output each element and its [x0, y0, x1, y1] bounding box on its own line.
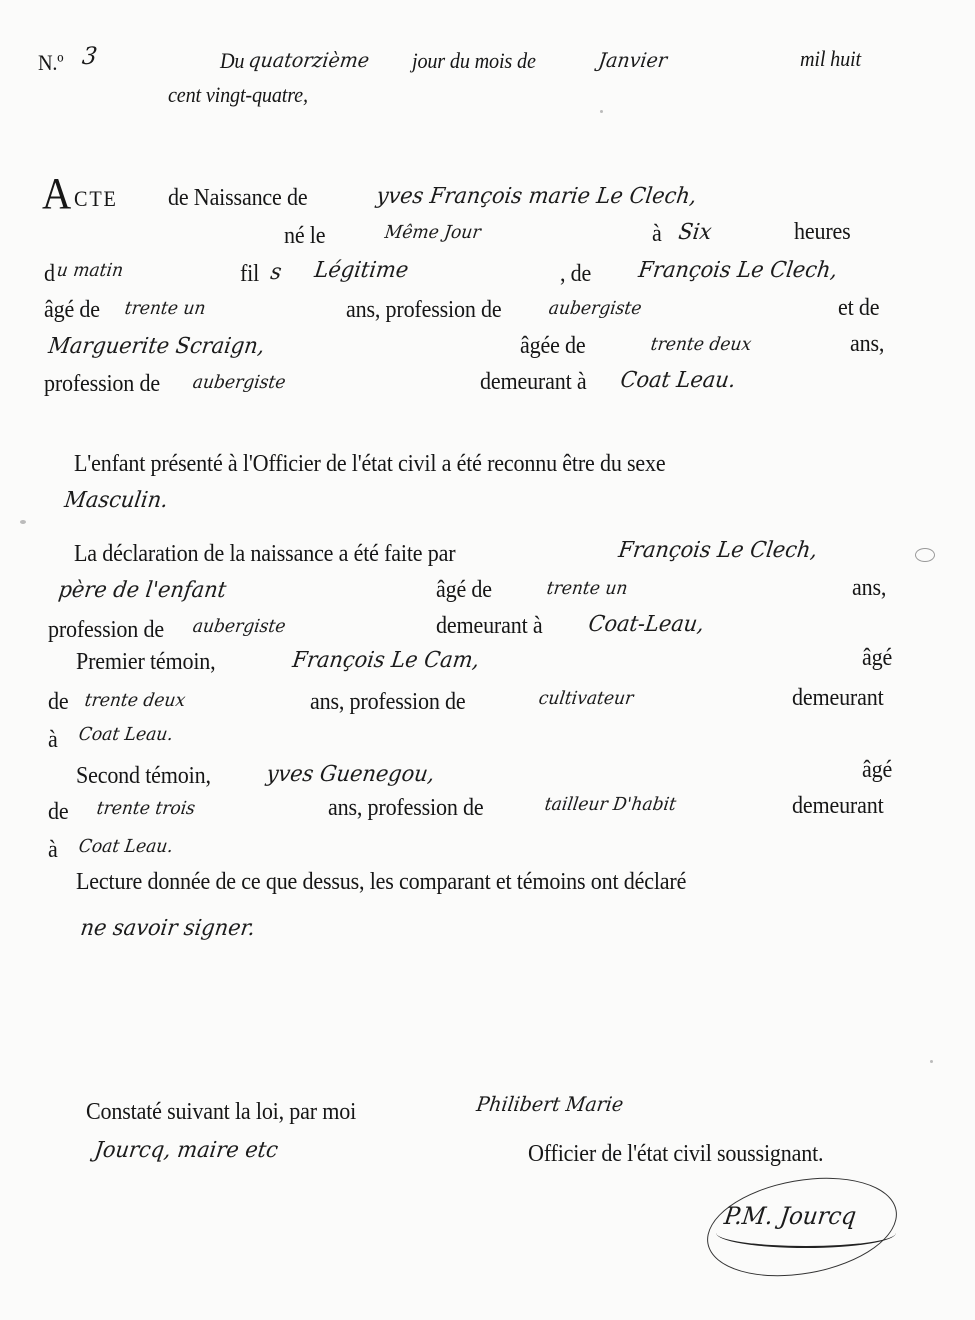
birth-hour: Six: [677, 222, 713, 244]
second-witness-of-label: de: [48, 800, 68, 824]
declarant-profession-label: profession de: [48, 618, 164, 642]
declarant-years-label: ans,: [852, 576, 886, 600]
paper-speck: [915, 548, 935, 562]
second-witness-age: trente trois: [96, 800, 197, 818]
first-witness-at-label: à: [48, 728, 58, 752]
second-witness-residence: Coat Leau.: [78, 838, 174, 856]
date-of-birth: Même Jour: [384, 224, 482, 242]
declarant-residence-label: demeurant à: [436, 614, 542, 638]
first-witness-age: trente deux: [84, 692, 187, 710]
date-prefix: Du: [220, 50, 244, 72]
second-witness-profession-label: ans, profession de: [328, 796, 484, 820]
child-name: yves François marie Le Clech,: [375, 186, 698, 208]
mother-name: Marguerite Scraign,: [47, 336, 266, 358]
birth-day: quatorzième: [247, 50, 370, 70]
first-witness-profession-label: ans, profession de: [310, 690, 466, 714]
record-number-value: 3: [81, 44, 99, 68]
second-witness-label: Second témoin,: [76, 764, 211, 788]
paper-speck: [930, 1060, 933, 1063]
son-label: fil: [240, 262, 259, 286]
declarant-age: trente un: [546, 580, 629, 598]
date-mid-text: jour du mois de: [412, 50, 536, 72]
mother-age-label: âgée de: [520, 334, 586, 358]
time-of-day: u matin: [56, 262, 125, 280]
son-suffix: s: [269, 262, 283, 284]
first-witness-name: François Le Cam,: [291, 650, 481, 672]
of-label: , de: [560, 262, 591, 286]
child-sex: Masculin.: [63, 490, 169, 512]
father-age-label: âgé de: [44, 298, 100, 322]
father-profession: aubergiste: [548, 300, 643, 318]
declarant-profession: aubergiste: [192, 618, 287, 636]
year-printed-line1: mil huit: [800, 48, 861, 70]
sex-statement: L'enfant présenté à l'Officier de l'état…: [74, 452, 666, 476]
time-prefix: d: [44, 262, 55, 286]
declaration-statement: La déclaration de la naissance a été fai…: [74, 542, 455, 566]
paper-speck: [600, 110, 603, 113]
officer-signature: P.M. Jourcq: [723, 1204, 858, 1228]
legitimacy: Légitime: [313, 260, 410, 282]
hours-label: heures: [794, 220, 851, 244]
reading-result: ne savoir signer.: [79, 918, 256, 940]
mother-profession: aubergiste: [192, 374, 287, 392]
born-on-label: né le: [284, 224, 325, 248]
declarant-residence: Coat-Leau,: [587, 614, 705, 636]
official-first-name: Philibert Marie: [475, 1094, 624, 1114]
second-witness-age-label: âgé: [862, 758, 892, 782]
and-of-label: et de: [838, 296, 879, 320]
birth-certificate-page: N.º 3 Du quatorzième jour du mois de Jan…: [0, 0, 975, 1320]
father-name: François Le Clech,: [637, 260, 838, 282]
paper-speck: [20, 520, 26, 524]
mother-age: trente deux: [650, 336, 753, 354]
father-age: trente un: [124, 300, 207, 318]
second-witness-profession: tailleur D'habit: [544, 796, 678, 814]
reading-statement: Lecture donnée de ce que dessus, les com…: [76, 870, 686, 894]
birth-month: Janvier: [597, 50, 668, 70]
first-witness-residence-label: demeurant: [792, 686, 884, 710]
acte-label: de Naissance de: [168, 186, 307, 210]
residence-label: demeurant à: [480, 370, 586, 394]
at-label: à: [652, 222, 662, 246]
second-witness-name: yves Guenegou,: [265, 764, 436, 786]
declarant-name: François Le Clech,: [617, 540, 818, 562]
record-number-label: N.º: [38, 52, 63, 74]
closing-statement: Constaté suivant la loi, par moi: [86, 1100, 356, 1124]
second-witness-residence-label: demeurant: [792, 794, 884, 818]
father-profession-label: ans, profession de: [346, 298, 502, 322]
official-last-name: Jourcq, maire etc: [93, 1140, 279, 1162]
first-witness-age-label: âgé: [862, 646, 892, 670]
first-witness-of-label: de: [48, 690, 68, 714]
mother-profession-label: profession de: [44, 372, 160, 396]
first-witness-label: Premier témoin,: [76, 650, 216, 674]
mother-years-label: ans,: [850, 332, 884, 356]
first-witness-profession: cultivateur: [538, 690, 635, 708]
acte-initial: A: [42, 172, 71, 216]
year-printed-line2: cent vingt-quatre,: [168, 84, 308, 106]
declarant-age-label: âgé de: [436, 578, 492, 602]
second-witness-at-label: à: [48, 838, 58, 862]
parents-residence: Coat Leau.: [619, 370, 737, 392]
first-witness-residence: Coat Leau.: [78, 726, 174, 744]
acte-title: CTE: [74, 188, 118, 210]
officer-label: Officier de l'état civil soussignant.: [528, 1142, 823, 1166]
declarant-relation: père de l'enfant: [57, 580, 227, 602]
